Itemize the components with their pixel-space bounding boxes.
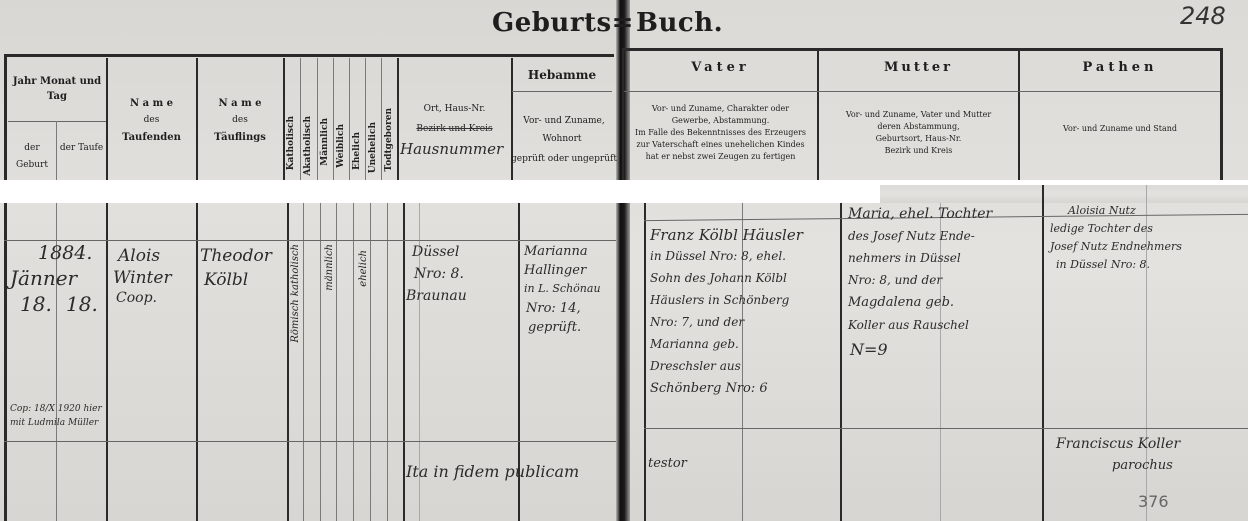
- right-header-subrule: [624, 91, 1220, 92]
- entry-mother-0: Maria, ehel. Tochter: [848, 206, 992, 223]
- header-godparents-title: Pathen: [1020, 60, 1220, 75]
- header-mother-desc-0: Vor- und Zuname, Vater und Mutter: [819, 110, 1018, 119]
- header-child-line2: des: [197, 115, 283, 125]
- col-divider: [317, 58, 318, 180]
- entry-mother-1: des Josef Nutz Ende-: [848, 229, 975, 243]
- entry-baptizer-2: Coop.: [116, 290, 157, 307]
- entry-godparents-1: ledige Tochter des: [1050, 222, 1153, 235]
- col-divider: [333, 58, 334, 180]
- entry-mark-maennlich: männlich: [324, 244, 335, 291]
- entry-mother-5: Koller aus Rauschel: [848, 318, 969, 332]
- row-rule: [4, 441, 616, 442]
- entry-midwife-2: in L. Schönau: [524, 282, 601, 295]
- entry-mark-katholisch: Römisch katholisch: [290, 244, 301, 343]
- entry-godparents-0: Aloisia Nutz: [1068, 204, 1136, 217]
- header-child-line1: N a m e: [197, 98, 283, 109]
- entry-father-6: Dreschsler aus: [650, 359, 741, 373]
- header-father-desc-2: Im Falle des Bekenntnisses des Erzeugers: [624, 128, 817, 137]
- col-divider: [106, 203, 108, 521]
- header-baptizer-line2: des: [107, 115, 196, 125]
- entry-child-0: Theodor: [200, 246, 272, 266]
- entry-midwife-1: Hallinger: [524, 263, 586, 279]
- entry-godparents-3: in Düssel Nro: 8.: [1056, 258, 1150, 271]
- entry-father-2: Sohn des Johann Kölbl: [650, 271, 787, 285]
- left-frame-edge-lower: [4, 203, 7, 521]
- entry-mother-6: N=9: [850, 340, 888, 359]
- row-rule: [644, 428, 1248, 429]
- header-mother-desc-2: Geburtsort, Haus-Nr.: [819, 134, 1018, 143]
- entry-father-7: Schönberg Nro: 6: [650, 381, 768, 397]
- header-weiblich: Weiblich: [336, 124, 346, 168]
- entry-baptizer-0: Alois: [118, 246, 160, 266]
- entry-note-0: Cop: 18/X 1920 hier: [10, 404, 102, 415]
- entry-godparents-2: Josef Nutz Endnehmers: [1050, 240, 1182, 253]
- right-frame-outer: [1220, 48, 1223, 180]
- date-subrule: [8, 121, 106, 122]
- row-rule: [4, 240, 616, 241]
- entry-father-5: Marianna geb.: [650, 337, 739, 351]
- left-frame-edge: [4, 54, 7, 180]
- entry-mother-4: Magdalena geb.: [848, 295, 954, 311]
- header-date-birth: der Geburt: [8, 140, 56, 174]
- entry-place-1: Nro: 8.: [414, 266, 464, 283]
- col-divider: [320, 203, 321, 521]
- header-father-desc-4: hat er nebst zwei Zeugen zu fertigen: [624, 152, 817, 161]
- scan-gap-overlap: [880, 185, 1248, 203]
- col-divider: [303, 203, 304, 521]
- header-child-line3: Täuflings: [197, 132, 283, 143]
- entry-midwife-4: geprüft.: [528, 320, 581, 336]
- header-date-baptism: der Taufe: [57, 140, 106, 157]
- header-mother-desc-3: Bezirk und Kreis: [819, 146, 1018, 155]
- entry-father-0: Franz Kölbl Häusler: [650, 226, 803, 244]
- header-godparents-desc-0: Vor- und Zuname und Stand: [1020, 124, 1220, 133]
- header-top-rule-right: [622, 48, 1222, 51]
- header-katholisch: Katholisch: [286, 116, 296, 170]
- header-midwife-line1: Vor- und Zuname,: [512, 116, 616, 126]
- col-divider: [196, 203, 198, 521]
- entry-midwife-0: Marianna: [524, 244, 588, 260]
- header-mother-title: Mutter: [819, 60, 1018, 75]
- entry-father-1: in Düssel Nro: 8, ehel.: [650, 249, 786, 263]
- header-midwife-title: Hebamme: [512, 68, 612, 82]
- midwife-subrule: [512, 91, 612, 92]
- header-midwife-line3: geprüft oder ungeprüft: [510, 154, 618, 164]
- entry-baptism-day: 18.: [66, 292, 98, 316]
- entry-month: Jänner: [10, 266, 77, 290]
- col-divider: [336, 203, 337, 521]
- header-unehelich: Unehelich: [368, 122, 378, 173]
- entry-place-0: Düssel: [412, 244, 459, 261]
- entry-stamp-number: 376: [1138, 492, 1169, 511]
- entry-mother-3: Nro: 8, und der: [848, 273, 942, 287]
- entry-mark-ehelich: ehelich: [358, 250, 369, 287]
- book-title-left: Geburts=: [492, 8, 634, 38]
- col-divider: [349, 58, 350, 180]
- header-father-desc-1: Gewerbe, Abstammung.: [624, 116, 817, 125]
- col-divider: [365, 58, 366, 180]
- entry-baptizer-1: Winter: [113, 268, 172, 288]
- entry-priest-signature: Franciscus Koller: [1056, 436, 1180, 453]
- col-divider: [387, 203, 388, 521]
- col-divider: [1042, 185, 1044, 521]
- header-place-handwritten: Hausnummer: [400, 140, 503, 158]
- header-maennlich: Männlich: [320, 118, 330, 166]
- col-divider: [287, 203, 289, 521]
- header-midwife-line2: Wohnort: [512, 134, 612, 144]
- entry-testor: testor: [648, 456, 687, 472]
- col-divider: [353, 203, 354, 521]
- header-father-desc-0: Vor- und Zuname, Charakter oder: [624, 104, 817, 113]
- col-divider: [397, 58, 399, 180]
- entry-priest-role: parochus: [1112, 458, 1173, 474]
- header-father-desc-3: zur Vaterschaft eines unehelichen Kindes: [624, 140, 817, 149]
- entry-mother-2: nehmers in Düssel: [848, 251, 961, 265]
- col-divider: [840, 203, 842, 521]
- entry-place-2: Braunau: [406, 288, 467, 305]
- entry-year: 1884.: [38, 242, 92, 265]
- col-divider: [370, 203, 371, 521]
- header-baptizer-line3: Taufenden: [107, 132, 196, 143]
- entry-birth-day: 18.: [20, 292, 52, 316]
- header-todtgeboren: Todtgeboren: [384, 108, 394, 171]
- col-divider: [283, 58, 285, 180]
- header-father-title: Vater: [624, 60, 817, 75]
- col-divider: [403, 203, 405, 521]
- header-mother-desc-1: deren Abstammung,: [819, 122, 1018, 131]
- header-ehelich: Ehelich: [352, 132, 362, 170]
- header-baptizer-line1: N a m e: [107, 98, 196, 109]
- entry-father-3: Häuslers in Schönberg: [650, 293, 789, 307]
- header-date-group: Jahr Monat und Tag: [8, 74, 106, 104]
- book-title-right: Buch.: [636, 8, 723, 38]
- header-top-rule-left: [4, 54, 614, 57]
- header-akatholisch: Akatholisch: [303, 116, 313, 176]
- header-place-line2: Bezirk und Kreis: [398, 124, 511, 134]
- col-divider: [381, 58, 382, 180]
- entry-fidem: Ita in fidem publicam: [406, 462, 579, 481]
- right-frame-edge-lower: [644, 203, 646, 521]
- header-place-line1: Ort, Haus-Nr.: [398, 104, 511, 114]
- page-number: 248: [1180, 2, 1226, 30]
- entry-father-4: Nro: 7, und der: [650, 315, 744, 329]
- entry-note-1: mit Ludmila Müller: [10, 418, 98, 429]
- entry-midwife-3: Nro: 14,: [526, 301, 581, 317]
- entry-child-1: Kölbl: [204, 270, 248, 290]
- col-divider: [300, 58, 301, 180]
